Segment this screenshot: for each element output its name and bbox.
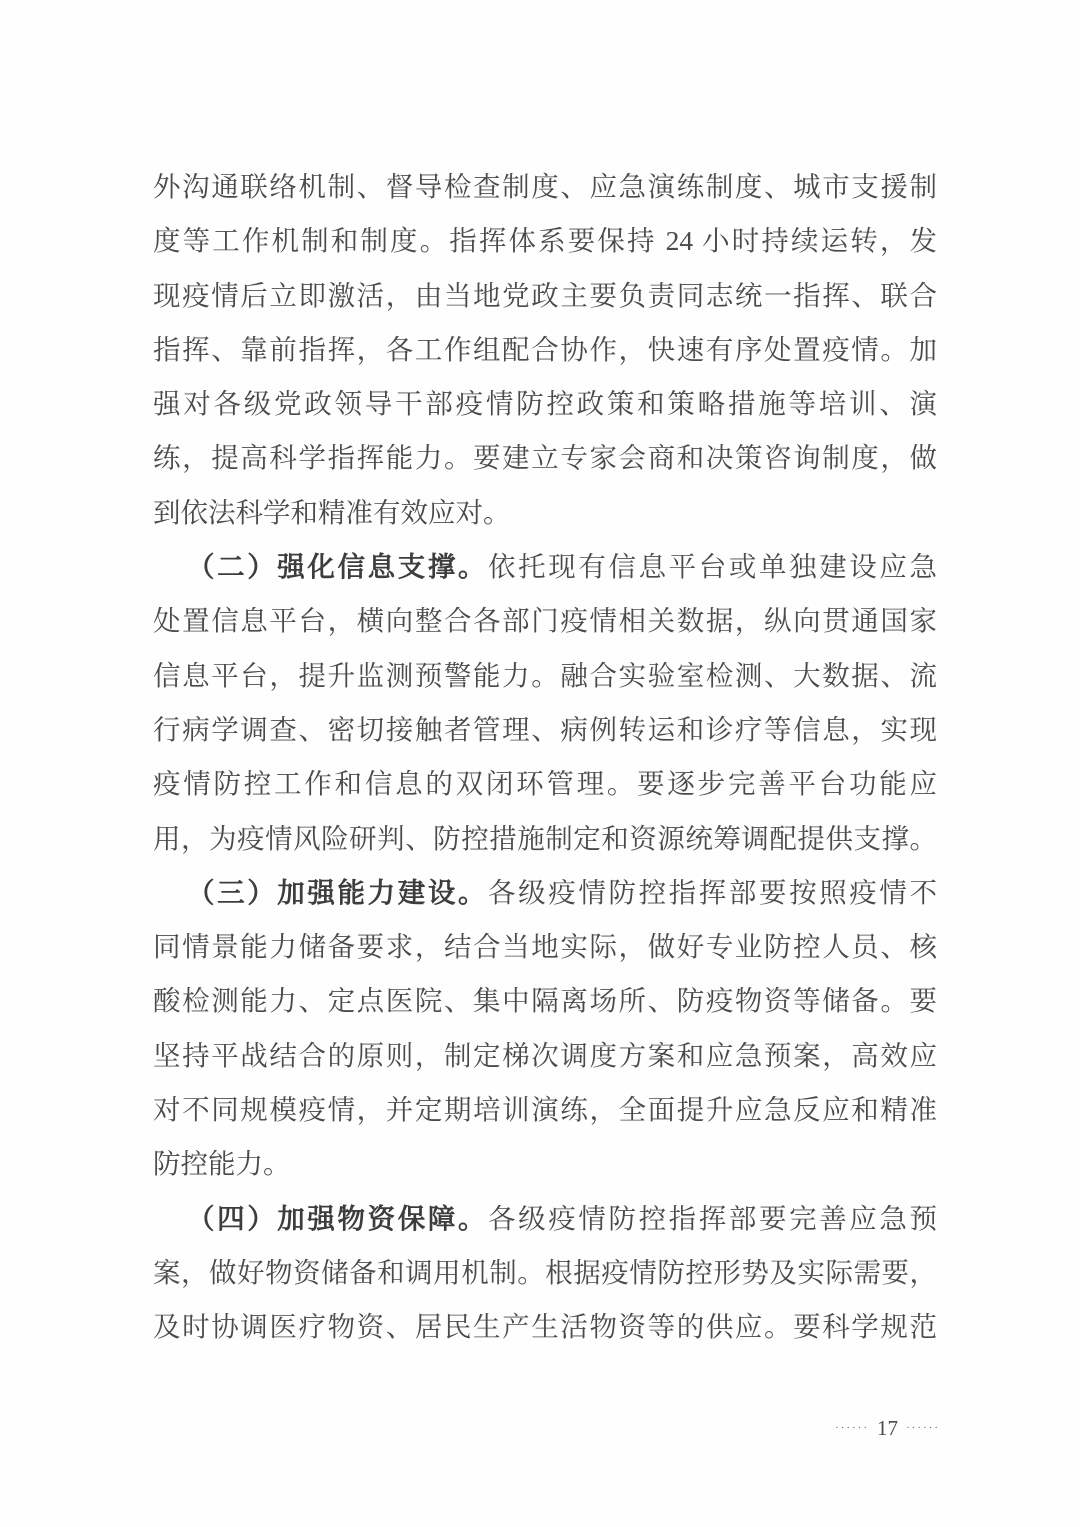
line-text: 依托现有信息平台或单独建设应急	[488, 551, 937, 582]
text-line: 用，为疫情风险研判、防控措施制定和资源统筹调配提供支撑。	[153, 812, 937, 866]
footer-left-dots: ······	[835, 1413, 869, 1443]
paragraph-first-line: （二）强化信息支撑。依托现有信息平台或单独建设应急	[153, 540, 937, 594]
text-line: 对不同规模疫情，并定期培训演练，全面提升应急反应和精准	[153, 1083, 937, 1137]
document-text: 外沟通联络机制、督导检查制度、应急演练制度、城市支援制度等工作机制和制度。指挥体…	[153, 160, 937, 1355]
text-line: 案，做好物资储备和调用机制。根据疫情防控形势及实际需要，	[153, 1246, 937, 1300]
line-text: 各级疫情防控指挥部要按照疫情不	[488, 877, 937, 908]
text-line: 坚持平战结合的原则，制定梯次调度方案和应急预案，高效应	[153, 1029, 937, 1083]
page-footer: ······ 17 ······	[835, 1413, 940, 1443]
text-line: 到依法科学和精准有效应对。	[153, 486, 937, 540]
text-line: 现疫情后立即激活，由当地党政主要负责同志统一指挥、联合	[153, 269, 937, 323]
footer-right-dots: ······	[906, 1413, 940, 1443]
text-line: 及时协调医疗物资、居民生产生活物资等的供应。要科学规范	[153, 1300, 937, 1354]
text-line: 处置信息平台，横向整合各部门疫情相关数据，纵向贯通国家	[153, 594, 937, 648]
text-line: 外沟通联络机制、督导检查制度、应急演练制度、城市支援制	[153, 160, 937, 214]
document-page: 外沟通联络机制、督导检查制度、应急演练制度、城市支援制度等工作机制和制度。指挥体…	[0, 0, 1080, 1527]
line-text: 各级疫情防控指挥部要完善应急预	[488, 1203, 937, 1234]
page-number: 17	[877, 1413, 898, 1443]
text-line: 度等工作机制和制度。指挥体系要保持 24 小时持续运转，发	[153, 214, 937, 268]
paragraph-first-line: （三）加强能力建设。各级疫情防控指挥部要按照疫情不	[153, 866, 937, 920]
section-heading: （二）强化信息支撑。	[187, 551, 488, 582]
text-line: 酸检测能力、定点医院、集中隔离场所、防疫物资等储备。要	[153, 974, 937, 1028]
text-line: 行病学调查、密切接触者管理、病例转运和诊疗等信息，实现	[153, 703, 937, 757]
paragraph-first-line: （四）加强物资保障。各级疫情防控指挥部要完善应急预	[153, 1192, 937, 1246]
text-line: 练，提高科学指挥能力。要建立专家会商和决策咨询制度，做	[153, 431, 937, 485]
text-line: 疫情防控工作和信息的双闭环管理。要逐步完善平台功能应	[153, 757, 937, 811]
section-heading: （四）加强物资保障。	[187, 1203, 488, 1234]
section-heading: （三）加强能力建设。	[187, 877, 488, 908]
text-line: 信息平台，提升监测预警能力。融合实验室检测、大数据、流	[153, 649, 937, 703]
text-line: 强对各级党政领导干部疫情防控政策和策略措施等培训、演	[153, 377, 937, 431]
text-line: 指挥、靠前指挥，各工作组配合协作，快速有序处置疫情。加	[153, 323, 937, 377]
text-line: 同情景能力储备要求，结合当地实际，做好专业防控人员、核	[153, 920, 937, 974]
text-line: 防控能力。	[153, 1137, 937, 1191]
